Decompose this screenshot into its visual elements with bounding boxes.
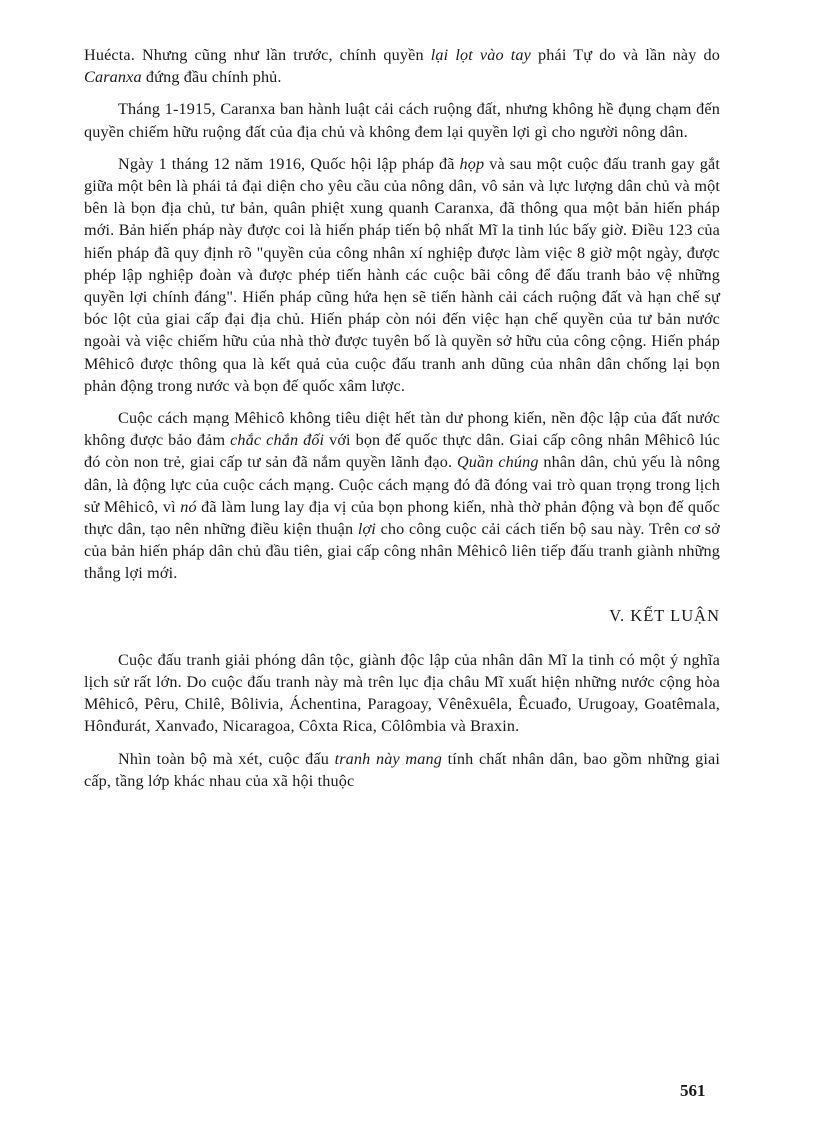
section-heading-conclusion: V. KẾT LUẬN [84,605,720,627]
italic-text: nó [180,498,197,516]
paragraph-revolution-assessment: Cuộc cách mạng Mêhicô không tiêu diệt hế… [84,407,720,585]
page-number: 561 [680,1081,706,1101]
text-run: Tháng 1-1915, Caranxa ban hành luật cải … [84,100,720,140]
text-run: Cuộc đấu tranh giải phóng dân tộc, giành… [84,651,720,736]
italic-text: tranh này mang [335,750,442,768]
italic-text: Caranxa [84,68,142,86]
document-page: Huécta. Nhưng cũng như lần trước, chính … [84,44,720,802]
italic-text: lợi [358,520,376,538]
text-run: đứng đầu chính phủ. [142,68,282,86]
text-run: Nhìn toàn bộ mà xét, cuộc đấu [118,750,335,768]
italic-text: họp [460,155,485,173]
text-run: và sau một cuộc đấu tranh gay gắt giữa m… [84,155,720,395]
text-run: Ngày 1 tháng 12 năm 1916, Quốc hội lập p… [118,155,460,173]
paragraph-conclusion-significance: Cuộc đấu tranh giải phóng dân tộc, giành… [84,649,720,738]
paragraph-conclusion-nature: Nhìn toàn bộ mà xét, cuộc đấu tranh này … [84,748,720,792]
italic-text: Quần chúng [457,453,539,471]
paragraph-constitution-1916: Ngày 1 tháng 12 năm 1916, Quốc hội lập p… [84,153,720,397]
paragraph-land-reform-1915: Tháng 1-1915, Caranxa ban hành luật cải … [84,98,720,142]
italic-text: lại lọt vào tay [431,46,531,64]
text-run: Huécta. Nhưng cũng như lần trước, chính … [84,46,431,64]
text-run: phái Tự do và lần này do [531,46,720,64]
paragraph-continuation: Huécta. Nhưng cũng như lần trước, chính … [84,44,720,88]
italic-text: chắc chắn đối [230,431,324,449]
